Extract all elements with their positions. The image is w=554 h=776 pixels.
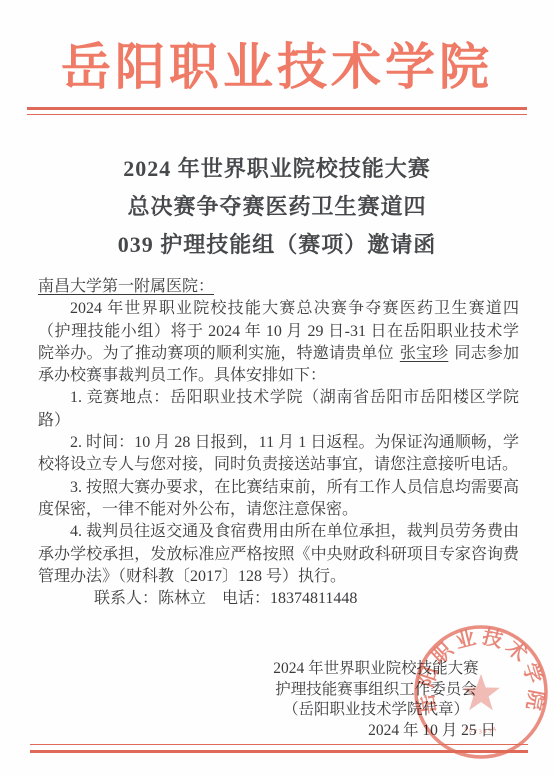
header-rule-thick (27, 107, 527, 110)
signature-block: 2024 年世界职业院校技能大赛 护理技能赛事组织工作委员会 （岳阳职业技术学院… (256, 659, 496, 741)
signature-line-2: 护理技能赛事组织工作委员会 (256, 680, 496, 701)
item-venue: 1. 竞赛地点：岳阳职业技术学院（湖南省岳阳市岳阳楼区学院路） (38, 387, 519, 432)
document-title-line-1: 2024 年世界职业院校技能大赛 (0, 150, 554, 188)
header-rule-thin (27, 114, 527, 115)
letter-page: 岳阳职业技术学院 2024 年世界职业院校技能大赛 总决赛争夺赛医药卫生赛道四 … (0, 0, 554, 776)
item-expenses: 4. 裁判员往返交通及食宿费用由所在单位承担，裁判员劳务费由承办学校承担，发放标… (38, 521, 519, 588)
letter-body: 南昌大学第一附属医院： 2024 年世界职业院校技能大赛总决赛争夺赛医药卫生赛道… (38, 276, 519, 610)
item-confidentiality: 3. 按照大赛办要求，在比赛结束前，所有工作人员信息均需要高度保密，一律不能对外… (38, 477, 519, 522)
salutation-text: 南昌大学第一附属医院： (38, 278, 214, 295)
salutation: 南昌大学第一附属医院： (38, 276, 519, 298)
document-title-line-2: 总决赛争夺赛医药卫生赛道四 (0, 188, 554, 226)
letterhead-title: 岳阳职业技术学院 (0, 36, 554, 98)
signature-line-1: 2024 年世界职业院校技能大赛 (256, 659, 496, 680)
footer-rule-thin (30, 744, 528, 745)
document-title-line-3: 039 护理技能组（赛项）邀请函 (0, 226, 554, 264)
item-schedule: 2. 时间：10 月 28 日报到，11 月 1 日返程。为保证沟通顺畅，学校将… (38, 432, 519, 477)
document-title: 2024 年世界职业院校技能大赛 总决赛争夺赛医药卫生赛道四 039 护理技能组… (0, 150, 554, 264)
signature-date: 2024 年 10 月 25 日 (256, 721, 496, 742)
intro-paragraph: 2024 年世界职业院校技能大赛总决赛争夺赛医药卫生赛道四（护理技能小组）将于 … (38, 298, 519, 387)
footer-rule-thick (30, 750, 528, 753)
contact-line: 联系人：陈林立 电话：18374811448 (38, 588, 519, 610)
invitee-name: 张宝珍 (398, 345, 451, 362)
signature-line-3: （岳阳职业技术学院代章） (256, 700, 496, 721)
